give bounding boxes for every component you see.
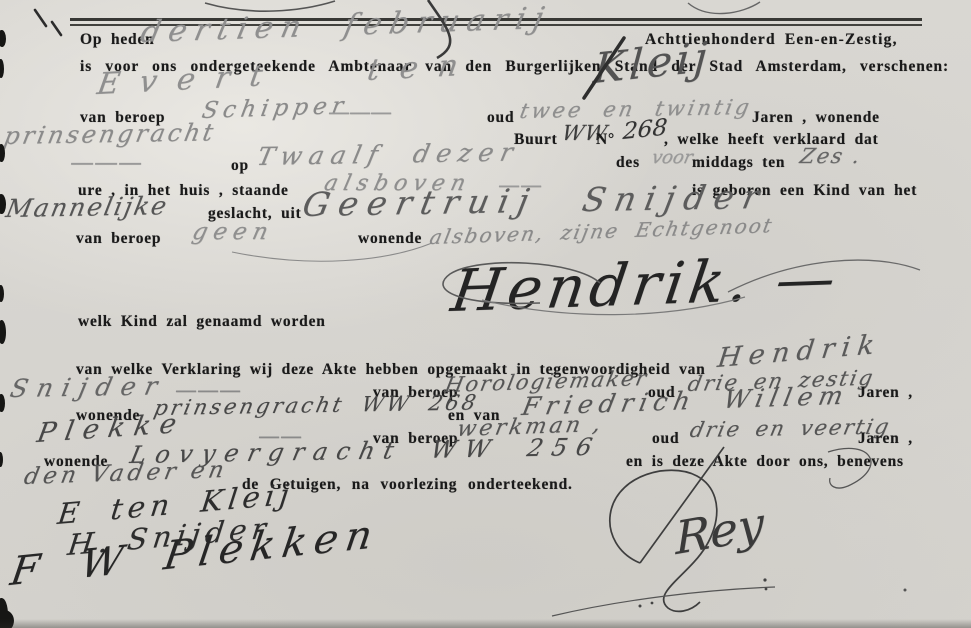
flourish-rey-underline <box>552 587 775 616</box>
entry-date: dertien februarij <box>138 4 554 48</box>
ink-dot-1 <box>639 605 642 608</box>
entry-geboorteuur: Zes . <box>798 146 864 167</box>
scan-artifact-6 <box>0 320 6 344</box>
entry-dash-1: ——— <box>328 102 391 124</box>
scan-artifact-2 <box>0 59 4 78</box>
printed-oud-1: oud <box>487 109 514 127</box>
printed-akte-door-ons: en is deze Akte door ons, benevens <box>626 453 904 471</box>
ink-dot-5 <box>904 589 907 592</box>
printed-welk-kind: welk Kind zal genaamd worden <box>78 313 326 331</box>
printed-des: des <box>616 154 640 172</box>
printed-oud-3: oud <box>652 430 679 448</box>
entry-geboortedag: Twaalf dezer <box>255 139 522 169</box>
scan-artifact-7 <box>0 394 5 412</box>
flourish-top-cutoff-3 <box>688 2 760 14</box>
entry-dagdeel: voor <box>650 149 694 167</box>
ink-dot-3 <box>763 578 766 581</box>
scan-artifact-1 <box>0 30 6 47</box>
entry-geslacht: Mannelijke <box>4 193 171 221</box>
scan-artifact-5 <box>0 285 4 302</box>
scan-artifact-8 <box>0 452 3 467</box>
printed-jaren-wonende: Jaren , wonende <box>752 109 880 127</box>
entry-declarant-surname: Kleij <box>592 36 713 90</box>
entry-moeder-beroep: geen <box>190 221 276 244</box>
entry-getuige1-adres: prinsengracht WW 268 <box>152 392 481 419</box>
printed-wonende-1: wonende <box>358 230 422 248</box>
ink-dot-4 <box>765 588 768 591</box>
flourish-margin-ticks <box>35 10 61 35</box>
printed-middags-ten: middags ten <box>692 154 785 172</box>
printed-jaren-2: Jaren , <box>858 430 913 448</box>
printed-no: N° <box>596 131 615 149</box>
scan-bottom-shadow <box>0 619 971 628</box>
signature-ambtenaar: Rey <box>674 500 764 561</box>
document-page: Op heden dertien februarij Achttienhonde… <box>0 0 971 628</box>
printed-op: op <box>231 157 249 175</box>
entry-kind-naam: Hendrik. — <box>448 249 844 320</box>
printed-van-beroep-2: van beroep <box>76 230 161 248</box>
ink-dot-2 <box>651 602 654 605</box>
entry-getuige1-achternaam: Snijder <box>8 373 169 401</box>
entry-huisnummer: 268 <box>622 117 668 144</box>
printed-jaren-1: Jaren , <box>858 384 913 402</box>
entry-dash-2: ——— <box>70 150 142 174</box>
entry-declarant-adres: prinsengracht <box>2 120 218 148</box>
